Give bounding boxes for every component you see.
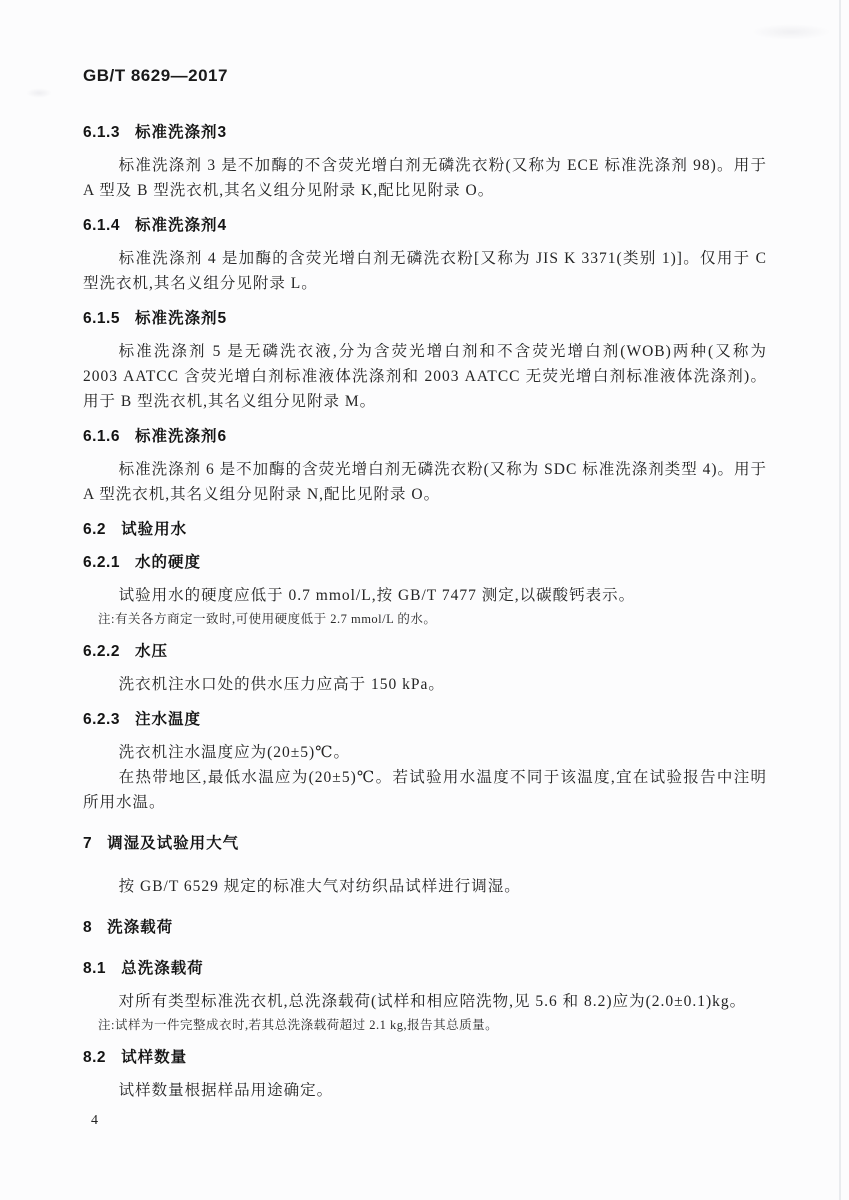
section-paragraph: 标准洗涤剂 3 是不加酶的不含荧光增白剂无磷洗衣粉(又称为 ECE 标准洗涤剂 … xyxy=(83,153,767,203)
section-paragraph: 洗衣机注水口处的供水压力应高于 150 kPa。 xyxy=(83,672,767,697)
section-paragraph: 标准洗涤剂 5 是无磷洗衣液,分为含荧光增白剂和不含荧光增白剂(WOB)两种(又… xyxy=(83,339,767,414)
section-paragraph: 标准洗涤剂 6 是不加酶的含荧光增白剂无磷洗衣粉(又称为 SDC 标准洗涤剂类型… xyxy=(83,457,767,507)
scan-edge-artifact xyxy=(839,0,841,1200)
section-number: 8.1 xyxy=(83,960,106,977)
section-number: 6.2.2 xyxy=(83,643,120,660)
scan-smudge-artifact xyxy=(26,88,52,98)
section-title: 水的硬度 xyxy=(135,554,201,571)
section-paragraph: 按 GB/T 6529 规定的标准大气对纺织品试样进行调湿。 xyxy=(83,874,767,899)
section-number: 6.1.6 xyxy=(83,428,120,445)
section-title: 注水温度 xyxy=(135,711,201,728)
section-heading-8-2: 8.2试样数量 xyxy=(83,1047,767,1068)
section-title: 标准洗涤剂5 xyxy=(135,310,227,327)
section-number: 7 xyxy=(83,835,92,852)
section-number: 8.2 xyxy=(83,1049,106,1066)
section-title: 标准洗涤剂6 xyxy=(135,428,227,445)
section-number: 6.2 xyxy=(83,521,106,538)
section-number: 8 xyxy=(83,919,92,936)
document-page: GB/T 8629—2017 6.1.3标准洗涤剂3 标准洗涤剂 3 是不加酶的… xyxy=(0,0,849,1200)
section-paragraph: 在热带地区,最低水温应为(20±5)℃。若试验用水温度不同于该温度,宜在试验报告… xyxy=(83,765,767,815)
section-number: 6.2.1 xyxy=(83,554,120,571)
section-title: 标准洗涤剂3 xyxy=(135,124,227,141)
section-number: 6.1.5 xyxy=(83,310,120,327)
section-paragraph: 洗衣机注水温度应为(20±5)℃。 xyxy=(83,740,767,765)
section-heading-8-1: 8.1总洗涤载荷 xyxy=(83,958,767,979)
section-heading-6-2-2: 6.2.2水压 xyxy=(83,641,767,662)
page-number: 4 xyxy=(91,1113,767,1129)
section-number: 6.1.4 xyxy=(83,217,120,234)
section-heading-6-1-6: 6.1.6标准洗涤剂6 xyxy=(83,426,767,447)
chapter-heading-8: 8洗涤载荷 xyxy=(83,917,767,938)
standard-number-header: GB/T 8629—2017 xyxy=(83,66,767,86)
section-number: 6.1.3 xyxy=(83,124,120,141)
section-title: 试验用水 xyxy=(121,521,187,538)
section-paragraph: 试样数量根据样品用途确定。 xyxy=(83,1078,767,1103)
section-heading-6-2-1: 6.2.1水的硬度 xyxy=(83,552,767,573)
section-heading-6-1-4: 6.1.4标准洗涤剂4 xyxy=(83,215,767,236)
page-content: GB/T 8629—2017 6.1.3标准洗涤剂3 标准洗涤剂 3 是不加酶的… xyxy=(83,66,767,1129)
section-title: 水压 xyxy=(135,643,168,660)
section-title: 试样数量 xyxy=(121,1049,187,1066)
section-paragraph: 试验用水的硬度应低于 0.7 mmol/L,按 GB/T 7477 测定,以碳酸… xyxy=(83,583,767,608)
section-title: 洗涤载荷 xyxy=(107,919,173,936)
section-title: 调湿及试验用大气 xyxy=(107,835,239,852)
section-title: 总洗涤载荷 xyxy=(121,960,204,977)
section-paragraph: 标准洗涤剂 4 是加酶的含荧光增白剂无磷洗衣粉[又称为 JIS K 3371(类… xyxy=(83,246,767,296)
section-note: 注:有关各方商定一致时,可使用硬度低于 2.7 mmol/L 的水。 xyxy=(83,610,767,629)
chapter-heading-7: 7调湿及试验用大气 xyxy=(83,833,767,854)
section-paragraph: 对所有类型标准洗衣机,总洗涤载荷(试样和相应陪洗物,见 5.6 和 8.2)应为… xyxy=(83,989,767,1014)
section-heading-6-2-3: 6.2.3注水温度 xyxy=(83,709,767,730)
section-number: 6.2.3 xyxy=(83,711,120,728)
section-heading-6-1-3: 6.1.3标准洗涤剂3 xyxy=(83,122,767,143)
section-title: 标准洗涤剂4 xyxy=(135,217,227,234)
section-note: 注:试样为一件完整成衣时,若其总洗涤载荷超过 2.1 kg,报告其总质量。 xyxy=(83,1016,767,1035)
section-heading-6-2: 6.2试验用水 xyxy=(83,519,767,540)
section-heading-6-1-5: 6.1.5标准洗涤剂5 xyxy=(83,308,767,329)
scan-smudge-artifact xyxy=(751,24,831,40)
